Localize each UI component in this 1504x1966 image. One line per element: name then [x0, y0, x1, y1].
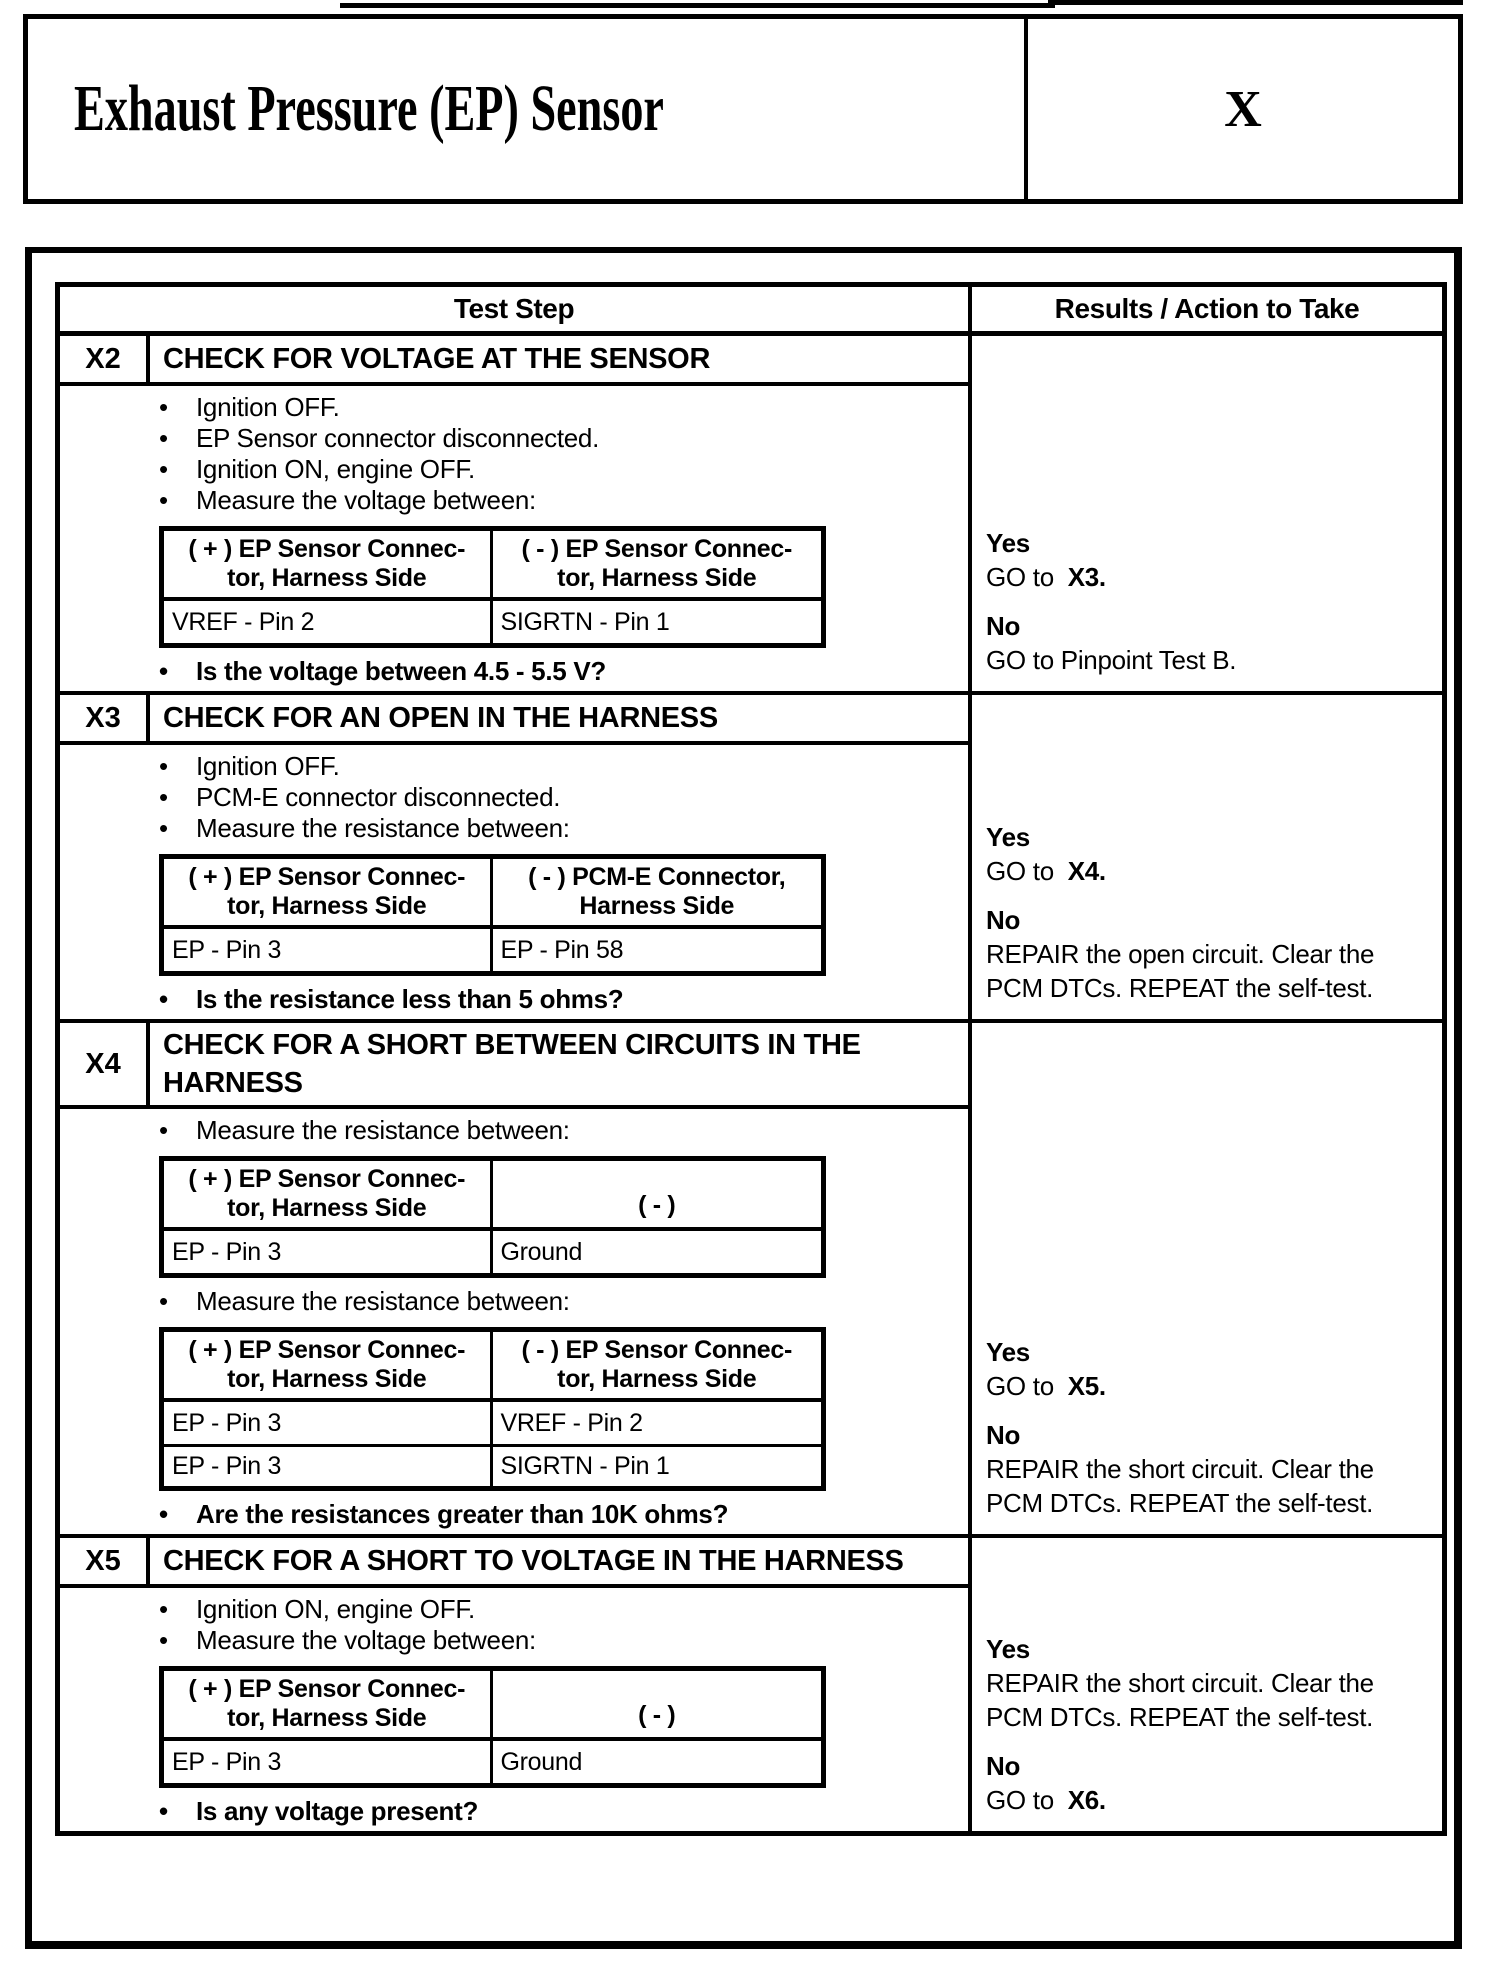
- step-title: CHECK FOR VOLTAGE AT THE SENSOR: [150, 336, 718, 382]
- bullet-icon: •: [159, 656, 196, 687]
- bullet-icon: •: [159, 751, 196, 782]
- connector-table: ( + ) EP Sensor Connec- tor, Harness Sid…: [159, 1666, 826, 1788]
- step-id: X3: [60, 695, 150, 741]
- connector-cell: SIGRTN - Pin 1: [493, 601, 822, 643]
- action-text: REPAIR the short circuit. Clear the PCM …: [986, 1454, 1374, 1518]
- results-cell: Yes GO to X3. No GO to Pinpoint Test B.: [972, 336, 1442, 691]
- step-id: X4: [60, 1023, 150, 1105]
- step-header: X3 CHECK FOR AN OPEN IN THE HARNESS: [60, 695, 968, 745]
- pinpoint-test-letter: X: [1224, 80, 1262, 139]
- result-no-label: No: [986, 1418, 1432, 1452]
- bullet-icon: •: [159, 984, 196, 1015]
- results-cell: Yes GO to X4. No REPAIR the open circuit…: [972, 695, 1442, 1019]
- bullet-text: Measure the voltage between:: [196, 1625, 536, 1656]
- connector-cell: SIGRTN - Pin 1: [493, 1444, 822, 1486]
- result-yes-label: Yes: [986, 820, 1432, 854]
- bullet-icon: •: [159, 1625, 196, 1656]
- step-row-x4: X4 CHECK FOR A SHORT BETWEEN CIRCUITS IN…: [60, 1023, 1442, 1538]
- result-yes-action: GO to X3.: [986, 560, 1432, 594]
- list-item: •Measure the resistance between:: [159, 1286, 960, 1317]
- step-reference: X5.: [1068, 1371, 1106, 1401]
- connector-cell: EP - Pin 58: [493, 929, 822, 971]
- step-body: •Ignition OFF. •PCM-E connector disconne…: [60, 745, 968, 1019]
- step-title: CHECK FOR A SHORT TO VOLTAGE IN THE HARN…: [150, 1538, 912, 1584]
- document-header: Exhaust Pressure (EP) Sensor X: [23, 14, 1463, 204]
- action-text: GO to: [986, 562, 1068, 592]
- connector-table: ( + ) EP Sensor Connec- tor, Harness Sid…: [159, 1156, 826, 1278]
- connector-table: ( + ) EP Sensor Connec- tor, Harness Sid…: [159, 854, 826, 976]
- step-id: X5: [60, 1538, 150, 1584]
- result-yes-action: GO to X4.: [986, 854, 1432, 888]
- result-no-label: No: [986, 1749, 1432, 1783]
- bullet-icon: •: [159, 392, 196, 423]
- bullet-icon: •: [159, 813, 196, 844]
- connector-cell: EP - Pin 3: [164, 1231, 493, 1273]
- list-item: •Ignition ON, engine OFF.: [159, 454, 960, 485]
- bullet-icon: •: [159, 1499, 196, 1530]
- result-no-action: GO to X6.: [986, 1783, 1432, 1817]
- step-question: •Is the voltage between 4.5 - 5.5 V?: [159, 656, 960, 687]
- connector-positive-header: ( + ) EP Sensor Connec- tor, Harness Sid…: [164, 1161, 493, 1231]
- step-row-x2: X2 CHECK FOR VOLTAGE AT THE SENSOR •Igni…: [60, 336, 1442, 695]
- connector-table: ( + ) EP Sensor Connec- tor, Harness Sid…: [159, 1327, 826, 1491]
- step-header: X2 CHECK FOR VOLTAGE AT THE SENSOR: [60, 336, 968, 386]
- connector-cell: Ground: [493, 1231, 822, 1273]
- step-header: X5 CHECK FOR A SHORT TO VOLTAGE IN THE H…: [60, 1538, 968, 1588]
- result-yes-label: Yes: [986, 1335, 1432, 1369]
- connector-cell: EP - Pin 3: [164, 929, 493, 971]
- connector-cell: EP - Pin 3: [164, 1402, 493, 1444]
- column-header-results: Results / Action to Take: [972, 287, 1442, 331]
- pinpoint-test-table: Test Step Results / Action to Take X2 CH…: [55, 282, 1447, 1836]
- scan-artifact: [1048, 0, 1463, 5]
- connector-negative-header: ( - ): [493, 1671, 822, 1741]
- result-no-action: GO to Pinpoint Test B.: [986, 643, 1432, 677]
- bullet-icon: •: [159, 485, 196, 516]
- header-title-cell: Exhaust Pressure (EP) Sensor: [28, 19, 1028, 199]
- connector-cell: EP - Pin 3: [164, 1444, 493, 1486]
- test-step-cell: X3 CHECK FOR AN OPEN IN THE HARNESS •Ign…: [60, 695, 972, 1019]
- connector-negative-header: ( - ) PCM-E Connector, Harness Side: [493, 859, 822, 929]
- step-body: •Measure the resistance between: ( + ) E…: [60, 1109, 968, 1534]
- bullet-text: Measure the voltage between:: [196, 485, 536, 516]
- connector-table: ( + ) EP Sensor Connec- tor, Harness Sid…: [159, 526, 826, 648]
- bullet-text: Ignition OFF.: [196, 751, 340, 782]
- list-item: •Ignition ON, engine OFF.: [159, 1594, 960, 1625]
- step-title: CHECK FOR AN OPEN IN THE HARNESS: [150, 695, 726, 741]
- list-item: •Measure the resistance between:: [159, 813, 960, 844]
- question-text: Is any voltage present?: [196, 1796, 478, 1827]
- step-reference: X3.: [1068, 562, 1106, 592]
- bullet-text: EP Sensor connector disconnected.: [196, 423, 599, 454]
- results-cell: Yes GO to X5. No REPAIR the short circui…: [972, 1023, 1442, 1534]
- action-text: REPAIR the open circuit. Clear the PCM D…: [986, 939, 1374, 1003]
- test-step-cell: X5 CHECK FOR A SHORT TO VOLTAGE IN THE H…: [60, 1538, 972, 1831]
- step-question: •Are the resistances greater than 10K oh…: [159, 1499, 960, 1530]
- step-body: •Ignition ON, engine OFF. •Measure the v…: [60, 1588, 968, 1831]
- action-text: GO to Pinpoint Test B.: [986, 645, 1236, 675]
- bullet-icon: •: [159, 1286, 196, 1317]
- step-reference: X6.: [1068, 1785, 1106, 1815]
- connector-positive-header: ( + ) EP Sensor Connec- tor, Harness Sid…: [164, 1332, 493, 1402]
- bullet-text: Measure the resistance between:: [196, 1115, 570, 1146]
- list-item: •Measure the resistance between:: [159, 1115, 960, 1146]
- bullet-text: Ignition ON, engine OFF.: [196, 1594, 475, 1625]
- connector-negative-header: ( - ): [493, 1161, 822, 1231]
- result-no-action: REPAIR the open circuit. Clear the PCM D…: [986, 937, 1432, 1005]
- header-letter-cell: X: [1028, 19, 1458, 199]
- result-no-action: REPAIR the short circuit. Clear the PCM …: [986, 1452, 1432, 1520]
- bullet-icon: •: [159, 1594, 196, 1625]
- step-title: CHECK FOR A SHORT BETWEEN CIRCUITS IN TH…: [150, 1023, 869, 1105]
- bullet-text: Measure the resistance between:: [196, 1286, 570, 1317]
- step-body: •Ignition OFF. •EP Sensor connector disc…: [60, 386, 968, 691]
- list-item: •Measure the voltage between:: [159, 485, 960, 516]
- bullet-icon: •: [159, 1796, 196, 1827]
- connector-positive-header: ( + ) EP Sensor Connec- tor, Harness Sid…: [164, 1671, 493, 1741]
- step-header: X4 CHECK FOR A SHORT BETWEEN CIRCUITS IN…: [60, 1023, 968, 1109]
- column-header-test-step: Test Step: [60, 287, 972, 331]
- list-item: •Ignition OFF.: [159, 751, 960, 782]
- test-step-cell: X4 CHECK FOR A SHORT BETWEEN CIRCUITS IN…: [60, 1023, 972, 1534]
- column-header-row: Test Step Results / Action to Take: [60, 287, 1442, 336]
- bullet-icon: •: [159, 423, 196, 454]
- list-item: •PCM-E connector disconnected.: [159, 782, 960, 813]
- connector-cell: VREF - Pin 2: [493, 1402, 822, 1444]
- connector-negative-header: ( - ) EP Sensor Connec- tor, Harness Sid…: [493, 531, 822, 601]
- question-text: Are the resistances greater than 10K ohm…: [196, 1499, 728, 1530]
- result-no-label: No: [986, 609, 1432, 643]
- question-text: Is the resistance less than 5 ohms?: [196, 984, 623, 1015]
- step-question: •Is the resistance less than 5 ohms?: [159, 984, 960, 1015]
- result-yes-action: REPAIR the short circuit. Clear the PCM …: [986, 1666, 1432, 1734]
- connector-cell: Ground: [493, 1741, 822, 1783]
- list-item: •Ignition OFF.: [159, 392, 960, 423]
- result-yes-label: Yes: [986, 1632, 1432, 1666]
- bullet-text: Ignition OFF.: [196, 392, 340, 423]
- bullet-text: PCM-E connector disconnected.: [196, 782, 560, 813]
- result-no-label: No: [986, 903, 1432, 937]
- action-text: GO to: [986, 856, 1068, 886]
- connector-cell: VREF - Pin 2: [164, 601, 493, 643]
- bullet-text: Measure the resistance between:: [196, 813, 570, 844]
- step-id: X2: [60, 336, 150, 382]
- step-row-x5: X5 CHECK FOR A SHORT TO VOLTAGE IN THE H…: [60, 1538, 1442, 1831]
- result-yes-action: GO to X5.: [986, 1369, 1432, 1403]
- scan-artifact: [340, 3, 1055, 8]
- list-item: •EP Sensor connector disconnected.: [159, 423, 960, 454]
- action-text: GO to: [986, 1785, 1068, 1815]
- scanned-manual-page: Exhaust Pressure (EP) Sensor X Test Step…: [0, 0, 1504, 1966]
- question-text: Is the voltage between 4.5 - 5.5 V?: [196, 656, 606, 687]
- bullet-icon: •: [159, 1115, 196, 1146]
- results-cell: Yes REPAIR the short circuit. Clear the …: [972, 1538, 1442, 1831]
- step-reference: X4.: [1068, 856, 1106, 886]
- result-yes-label: Yes: [986, 526, 1432, 560]
- bullet-icon: •: [159, 782, 196, 813]
- connector-positive-header: ( + ) EP Sensor Connec- tor, Harness Sid…: [164, 531, 493, 601]
- bullet-icon: •: [159, 454, 196, 485]
- bullet-text: Ignition ON, engine OFF.: [196, 454, 475, 485]
- step-row-x3: X3 CHECK FOR AN OPEN IN THE HARNESS •Ign…: [60, 695, 1442, 1023]
- page-title: Exhaust Pressure (EP) Sensor: [74, 71, 664, 147]
- list-item: •Measure the voltage between:: [159, 1625, 960, 1656]
- action-text: GO to: [986, 1371, 1068, 1401]
- connector-negative-header: ( - ) EP Sensor Connec- tor, Harness Sid…: [493, 1332, 822, 1402]
- connector-cell: EP - Pin 3: [164, 1741, 493, 1783]
- test-step-cell: X2 CHECK FOR VOLTAGE AT THE SENSOR •Igni…: [60, 336, 972, 691]
- connector-positive-header: ( + ) EP Sensor Connec- tor, Harness Sid…: [164, 859, 493, 929]
- action-text: REPAIR the short circuit. Clear the PCM …: [986, 1668, 1374, 1732]
- step-question: •Is any voltage present?: [159, 1796, 960, 1827]
